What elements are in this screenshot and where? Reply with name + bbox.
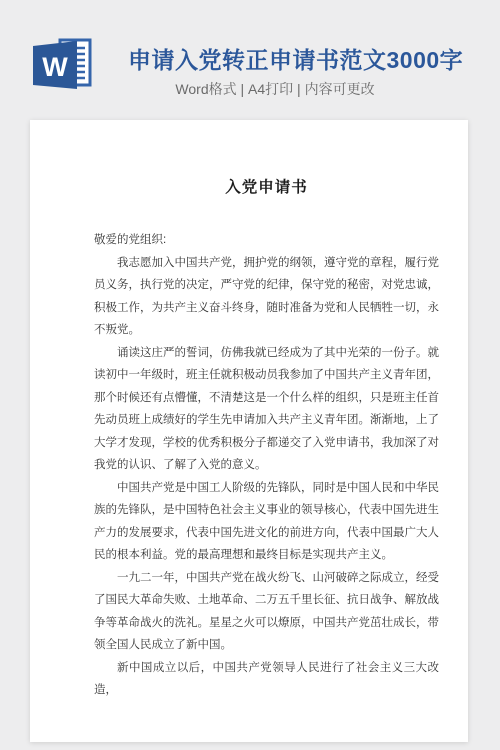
doc-paragraph: 诵读这庄严的誓词，仿佛我就已经成为了其中光荣的一份子。就读初中一年级时，班主任就… [94,342,439,477]
page-canvas: W 申请入党转正申请书范文3000字 Word格式 | A4打印 | 内容可更改… [0,0,500,750]
document-header: W 申请入党转正申请书范文3000字 Word格式 | A4打印 | 内容可更改 [0,0,500,118]
doc-heading: 入党申请书 [94,179,439,196]
doc-greeting: 敬爱的党组织: [94,229,439,252]
doc-paragraph: 新中国成立以后，中国共产党领导人民进行了社会主义三大改造， [94,657,439,702]
document-format-info: Word格式 | A4打印 | 内容可更改 [55,79,495,99]
document-content: 入党申请书 敬爱的党组织: 我志愿加入中国共产党，拥护党的纲领，遵守党的章程，履… [30,120,468,702]
document-preview-page: 入党申请书 敬爱的党组织: 我志愿加入中国共产党，拥护党的纲领，遵守党的章程，履… [30,120,468,742]
doc-paragraph: 我志愿加入中国共产党，拥护党的纲领，遵守党的章程，履行党员义务，执行党的决定，严… [94,252,439,342]
doc-body: 敬爱的党组织: 我志愿加入中国共产党，拥护党的纲领，遵守党的章程，履行党员义务，… [94,229,439,702]
document-title-link[interactable]: 申请入党转正申请书范文3000字 [128,42,463,75]
word-icon-letter: W [42,52,68,82]
doc-paragraph: 中国共产党是中国工人阶级的先锋队，同时是中国人民和中华民族的先锋队，是中国特色社… [94,477,439,567]
doc-paragraph: 一九二一年，中国共产党在战火纷飞、山河破碎之际成立，经受了国民大革命失败、土地革… [94,567,439,657]
